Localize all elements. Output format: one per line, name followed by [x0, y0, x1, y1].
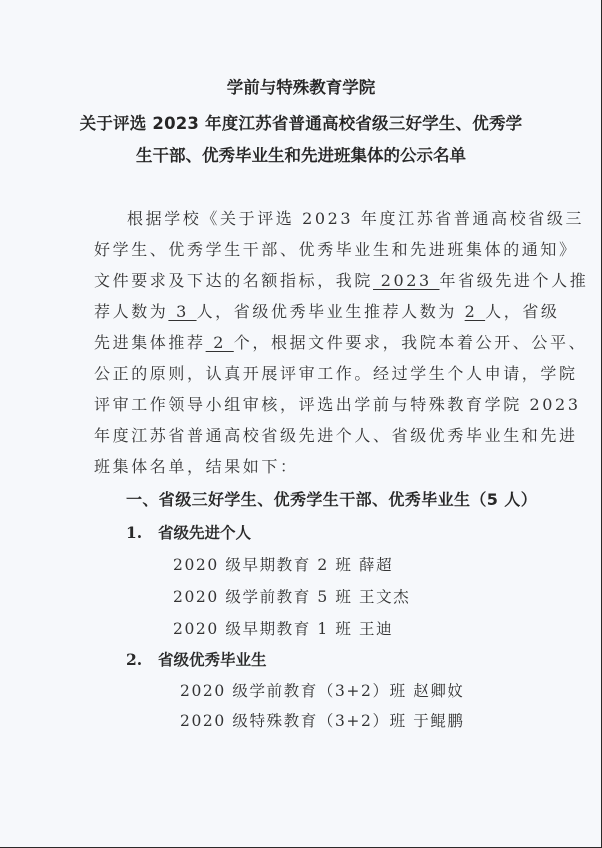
entry-class: 2020 级早期教育 1 班 — [173, 620, 353, 638]
body-line-4-post: 人，省级 — [485, 302, 559, 321]
body-line-7: 评审工作领导小组审核，评选出学前与特殊教育学院 2023 — [94, 395, 581, 415]
body-line-3: 文件要求及下达的名额指标，我院 2023 年省级先进个人推 — [94, 271, 588, 291]
body-line-4-pre: 荐人数为 — [94, 302, 168, 321]
list-item: 2020 级早期教育 2 班 薛超 — [173, 555, 393, 575]
subsection-2-heading: 2.省级优秀毕业生 — [126, 650, 267, 670]
graduate-count: 2 — [465, 302, 485, 321]
entry-class: 2020 级早期教育 2 班 — [173, 556, 353, 574]
subsection-2-number: 2. — [126, 650, 158, 670]
body-line-4-mid: 人，省级优秀毕业生推荐人数为 — [197, 302, 465, 321]
body-line-8: 年度江苏省普通高校省级先进个人、省级优秀毕业生和先进 — [94, 426, 578, 446]
list-item: 2020 级早期教育 1 班 王迪 — [173, 619, 393, 639]
list-item: 2020 级特殊教育（3+2）班 于鲲鹏 — [180, 711, 465, 731]
entry-name: 王文杰 — [359, 588, 410, 606]
list-item: 2020 级学前教育 5 班 王文杰 — [173, 587, 410, 607]
subsection-1-title: 省级先进个人 — [158, 524, 251, 542]
entry-class: 2020 级学前教育 5 班 — [173, 588, 353, 606]
entry-name: 薛超 — [359, 556, 393, 574]
document-page: 学前与特殊教育学院 关于评选 2023 年度江苏省普通高校省级三好学生、优秀学 … — [0, 0, 602, 848]
entry-name: 赵卿妏 — [413, 682, 464, 700]
entry-class: 2020 级学前教育（3+2）班 — [180, 682, 407, 700]
body-line-6: 公正的原则，认真开展评审工作。经过学生个人申请，学院 — [94, 364, 578, 384]
list-item: 2020 级学前教育（3+2）班 赵卿妏 — [180, 681, 465, 701]
body-line-4: 荐人数为 3 人，省级优秀毕业生推荐人数为 2 人，省级 — [94, 302, 560, 322]
collective-count: 2 — [206, 333, 234, 352]
subsection-1-heading: 1.省级先进个人 — [126, 523, 251, 543]
body-line-3-post: 年省级先进个人推 — [440, 271, 589, 290]
recommendation-year: 2023 — [373, 271, 440, 290]
body-line-5-post: 个，根据文件要求，我院本着公开、公平、 — [234, 333, 587, 352]
entry-name: 于鲲鹏 — [413, 712, 464, 730]
subsection-2-title: 省级优秀毕业生 — [158, 651, 267, 669]
entry-class: 2020 级特殊教育（3+2）班 — [180, 712, 407, 730]
body-line-3-pre: 文件要求及下达的名额指标，我院 — [94, 271, 373, 290]
body-line-5: 先进集体推荐 2 个，根据文件要求，我院本着公开、公平、 — [94, 333, 587, 353]
body-line-5-pre: 先进集体推荐 — [94, 333, 206, 352]
notice-title-line-1: 关于评选 2023 年度江苏省普通高校省级三好学生、优秀学 — [0, 114, 602, 134]
section-1-heading: 一、省级三好学生、优秀学生干部、优秀毕业生（5 人） — [126, 490, 537, 510]
institution-title: 学前与特殊教育学院 — [0, 78, 602, 98]
subsection-1-number: 1. — [126, 523, 158, 543]
notice-title-line-2: 生干部、优秀毕业生和先进班集体的公示名单 — [0, 146, 602, 166]
body-line-2: 好学生、优秀学生干部、优秀毕业生和先进班集体的通知》 — [94, 240, 578, 260]
individual-count: 3 — [168, 302, 196, 321]
body-line-1: 根据学校《关于评选 2023 年度江苏省普通高校省级三 — [127, 209, 584, 229]
entry-name: 王迪 — [359, 620, 393, 638]
body-line-9: 班集体名单，结果如下： — [94, 457, 299, 477]
